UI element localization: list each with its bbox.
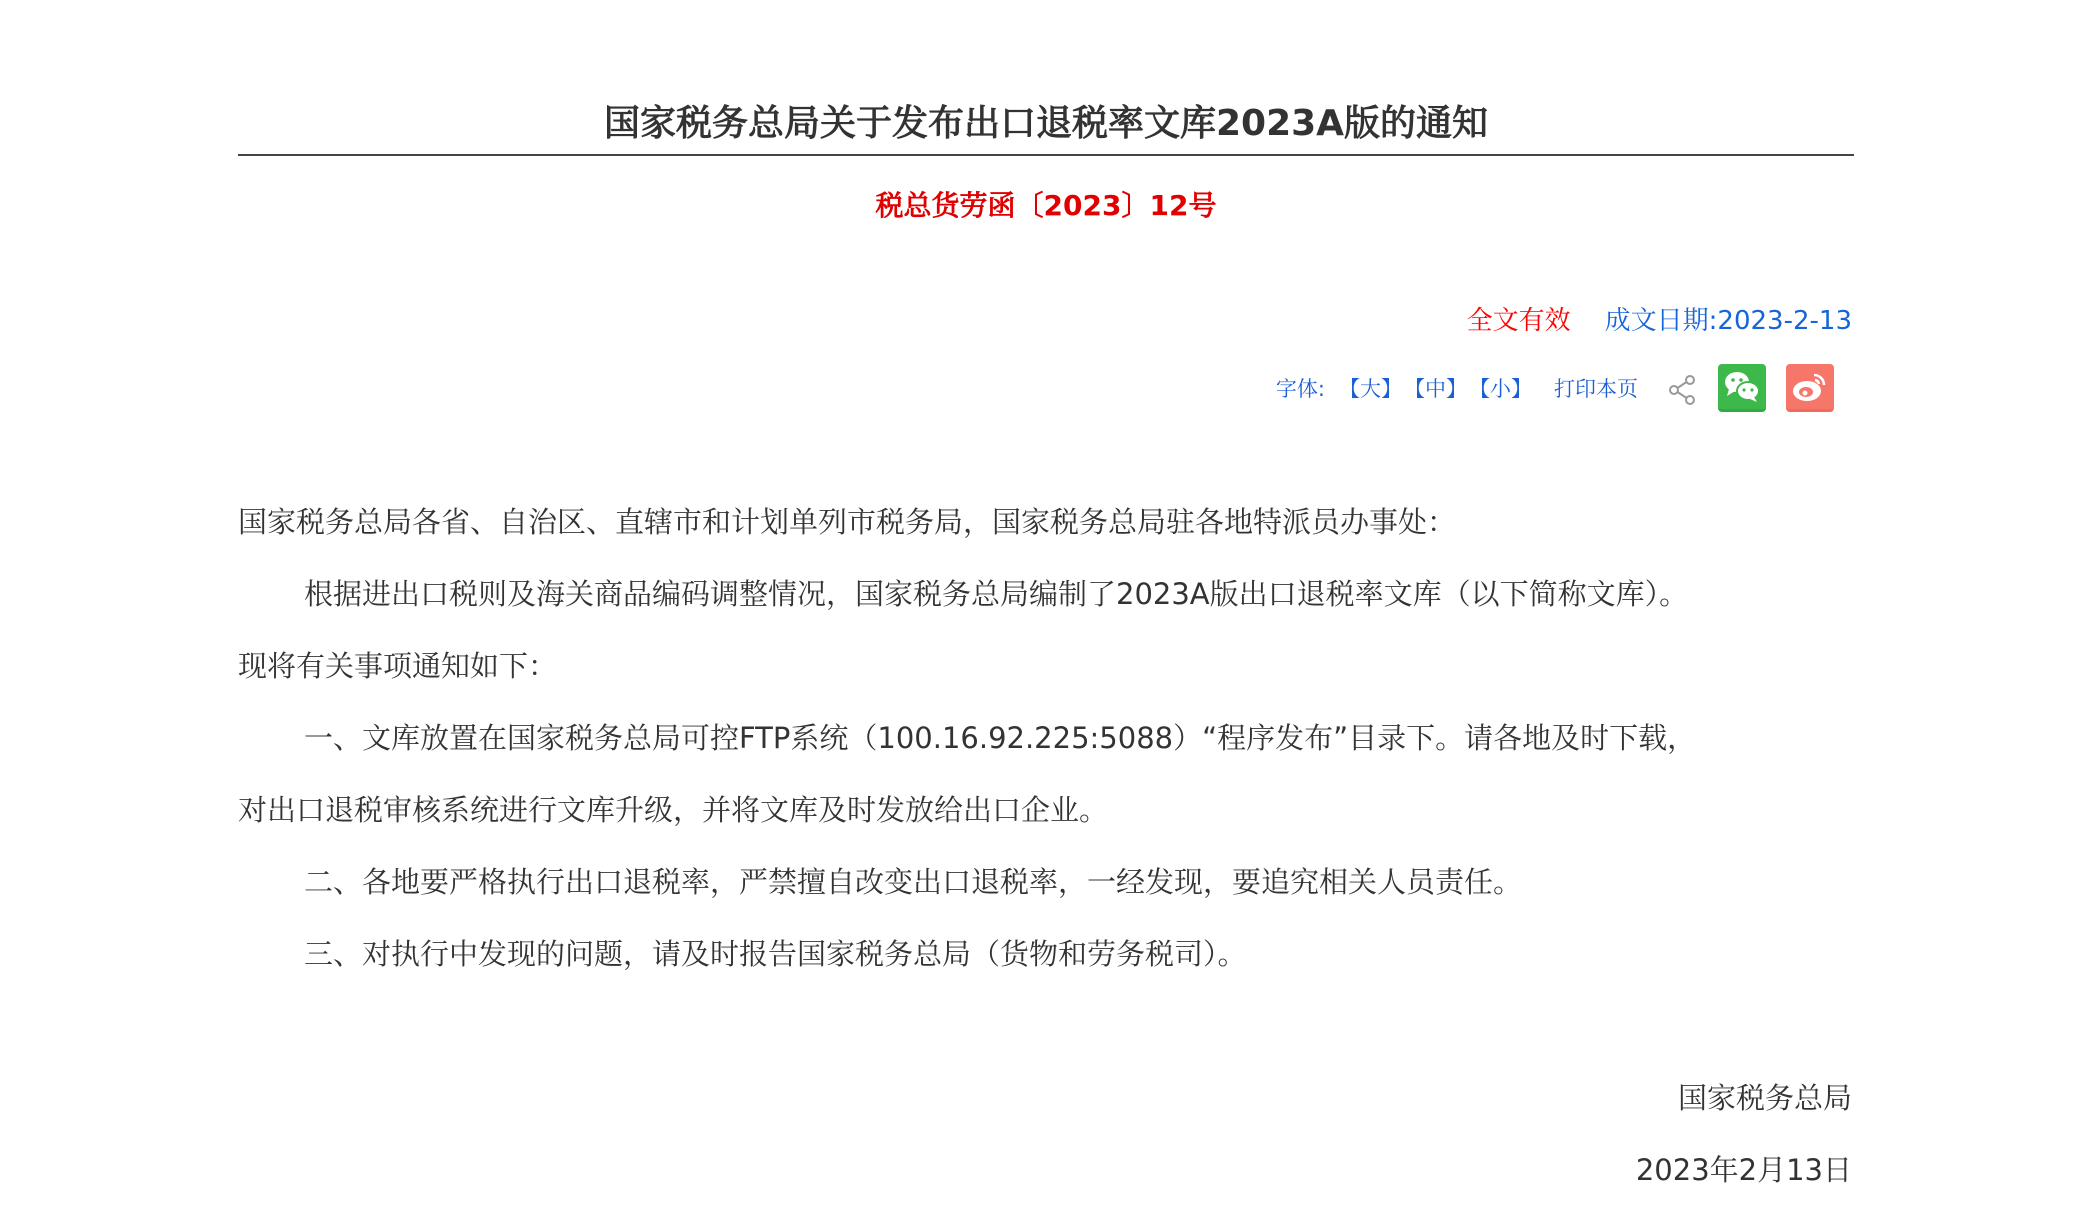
item-2: 二、各地要严格执行出口退税率，严禁擅自改变出口退税率，一经发现，要追究相关人员责…: [238, 846, 1854, 918]
document-page: 国家税务总局关于发布出口退税率文库2023A版的通知 税总货劳函〔2023〕12…: [238, 0, 1854, 1205]
issuer-name: 国家税务总局: [1636, 1062, 1852, 1134]
print-page-button[interactable]: 打印本页: [1554, 373, 1638, 403]
validity-status: 全文有效: [1467, 302, 1571, 340]
font-size-label: 字体:: [1276, 373, 1325, 403]
font-large-button[interactable]: 【大】: [1339, 373, 1402, 403]
page-title: 国家税务总局关于发布出口退税率文库2023A版的通知: [238, 98, 1854, 150]
intro-paragraph-line-2: 现将有关事项通知如下：: [238, 630, 1854, 702]
wechat-share-button[interactable]: [1718, 364, 1766, 412]
font-medium-button[interactable]: 【中】: [1404, 373, 1467, 403]
title-divider: [238, 154, 1854, 156]
share-icon[interactable]: [1668, 374, 1696, 406]
font-small-button[interactable]: 【小】: [1469, 373, 1532, 403]
item-1-line-2: 对出口退税审核系统进行文库升级，并将文库及时发放给出口企业。: [238, 774, 1854, 846]
document-body: 国家税务总局各省、自治区、直辖市和计划单列市税务局，国家税务总局驻各地特派员办事…: [238, 486, 1854, 990]
item-1-line-1: 一、文库放置在国家税务总局可控FTP系统（100.16.92.225:5088）…: [238, 702, 1854, 774]
page-toolbar: 字体: 【大】 【中】 【小】 打印本页: [1276, 362, 1834, 414]
signature-block: 国家税务总局 2023年2月13日: [1636, 1062, 1852, 1205]
wechat-icon: [1722, 369, 1762, 405]
salutation: 国家税务总局各省、自治区、直辖市和计划单列市税务局，国家税务总局驻各地特派员办事…: [238, 486, 1854, 558]
document-meta: 全文有效 成文日期:2023-2-13: [1467, 302, 1852, 340]
weibo-icon: [1790, 369, 1830, 405]
issue-date: 成文日期:2023-2-13: [1605, 302, 1852, 340]
item-3: 三、对执行中发现的问题，请及时报告国家税务总局（货物和劳务税司）。: [238, 918, 1854, 990]
weibo-share-button[interactable]: [1786, 364, 1834, 412]
intro-paragraph-line-1: 根据进出口税则及海关商品编码调整情况，国家税务总局编制了2023A版出口退税率文…: [238, 558, 1854, 630]
document-number: 税总货劳函〔2023〕12号: [238, 187, 1854, 225]
signature-date: 2023年2月13日: [1636, 1134, 1852, 1205]
font-size-controls: 字体: 【大】 【中】 【小】 打印本页: [1276, 373, 1638, 403]
